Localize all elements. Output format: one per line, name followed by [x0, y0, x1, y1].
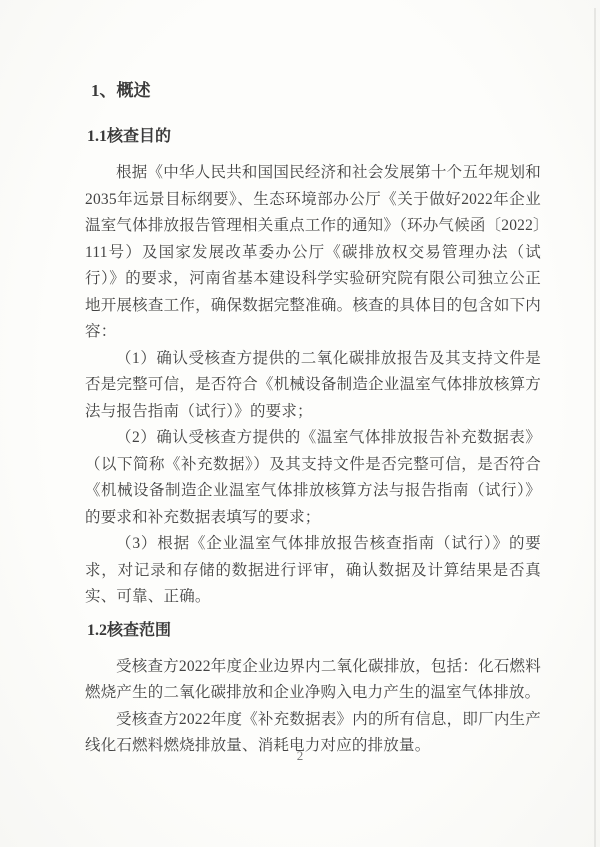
chapter-heading-overview: 1、概述: [91, 80, 541, 102]
paragraph-scope-boundary: 受核查方2022年度企业边界内二氧化碳排放，包括：化石燃料燃烧产生的二氧化碳排放…: [85, 654, 541, 707]
document-body: 1、概述 1.1核查目的 根据《中华人民共和国国民经济和社会发展第十个五年规划和…: [85, 80, 541, 760]
page-number: 2: [0, 748, 600, 764]
paragraph-purpose-item-3: （3）根据《企业温室气体排放报告核查指南（试行）》的要求，对记录和存储的数据进行…: [85, 531, 541, 611]
scanned-document-page: 1、概述 1.1核查目的 根据《中华人民共和国国民经济和社会发展第十个五年规划和…: [0, 0, 600, 847]
paragraph-basis: 根据《中华人民共和国国民经济和社会发展第十个五年规划和2035年远景目标纲要》、…: [85, 160, 541, 346]
paragraph-purpose-item-2: （2）确认受核查方提供的《温室气体排放报告补充数据表》（以下简称《补充数据》）及…: [85, 425, 541, 531]
section-verification-purpose: 1.1核查目的 根据《中华人民共和国国民经济和社会发展第十个五年规划和2035年…: [85, 126, 541, 611]
section-heading-verification-purpose: 1.1核查目的: [87, 126, 541, 148]
section-heading-verification-scope: 1.2核查范围: [87, 620, 541, 642]
scanner-edge-artifact: [594, 8, 596, 847]
section-verification-scope: 1.2核查范围 受核查方2022年度企业边界内二氧化碳排放，包括：化石燃料燃烧产…: [85, 620, 541, 760]
paragraph-purpose-item-1: （1）确认受核查方提供的二氧化碳排放报告及其支持文件是否是完整可信，是否符合《机…: [85, 346, 541, 426]
